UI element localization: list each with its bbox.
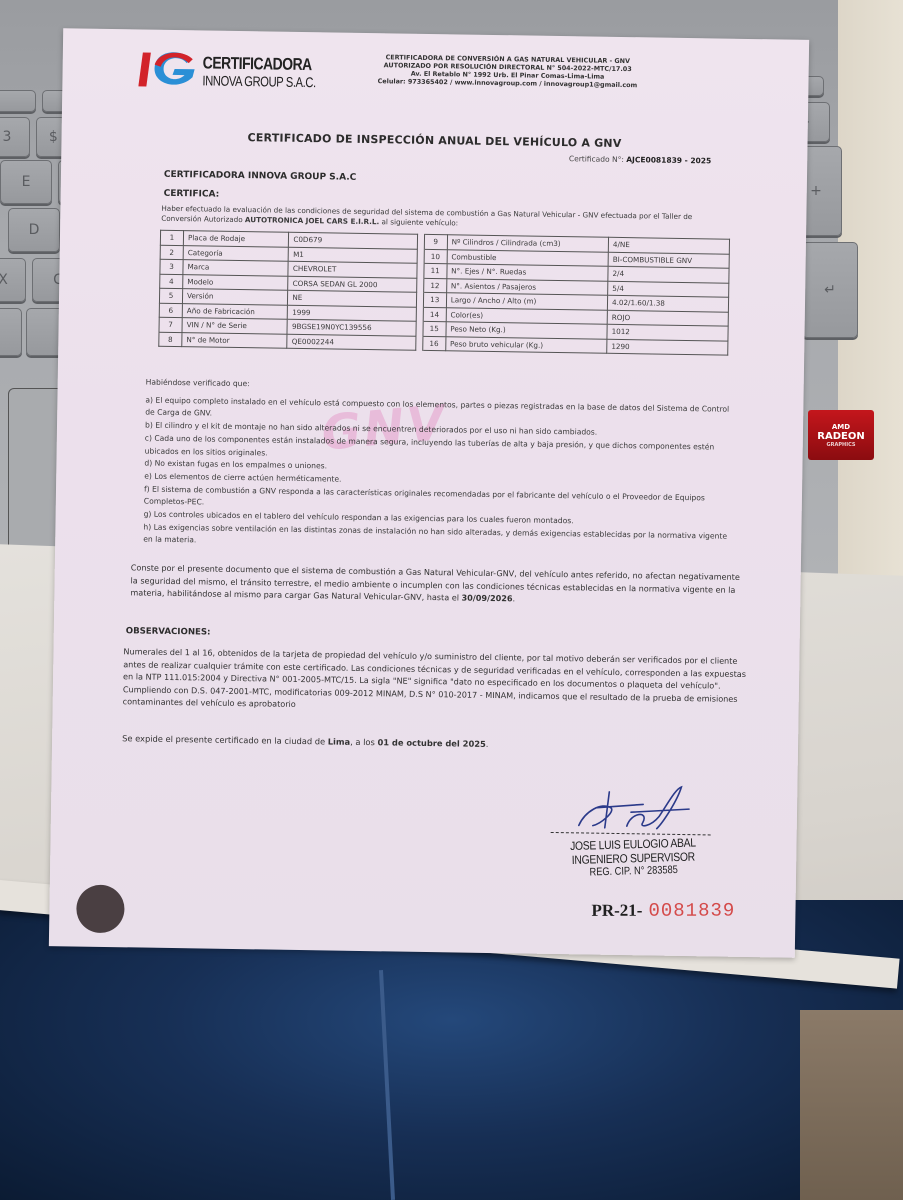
keyboard-key	[0, 90, 36, 112]
field-label: Versión	[182, 289, 288, 305]
serial-number: PR-21-0081839	[591, 900, 735, 922]
document-title: CERTIFICADO DE INSPECCIÓN ANUAL DEL VEHÍ…	[61, 128, 807, 153]
keyboard-key-x: X	[0, 258, 26, 302]
keyboard-key	[0, 308, 22, 356]
signer-block: JOSE LUIS EULOGIO ABAL INGENIERO SUPERVI…	[548, 835, 719, 880]
signature-icon	[571, 781, 692, 833]
verification-list: Habiéndose verificado que: a) El equipo …	[143, 377, 736, 556]
conste-paragraph: Conste por el presente documento que el …	[130, 561, 741, 608]
field-label: N° de Motor	[182, 332, 288, 348]
row-number: 9	[424, 234, 447, 249]
field-label: Peso bruto vehicular (Kg.)	[445, 336, 607, 353]
certifica-heading: CERTIFICA:	[164, 189, 220, 200]
row-number: 7	[159, 317, 182, 332]
keyboard-key-e: E	[0, 160, 52, 204]
field-label: Placa de Rodaje	[183, 231, 289, 247]
keyboard-key-enter: ↵	[802, 242, 858, 338]
field-label: Año de Fabricación	[182, 303, 288, 319]
logo-line-2: INNOVA GROUP S.A.C.	[202, 72, 316, 90]
floor-corner	[800, 1010, 903, 1200]
field-label: Categoría	[183, 245, 289, 261]
issue-date: 01 de octubre del 2025	[377, 737, 485, 749]
row-number: 8	[159, 332, 182, 347]
keyboard-key-d: D	[8, 208, 60, 252]
field-label: Modelo	[183, 274, 289, 290]
row-number: 14	[423, 307, 446, 322]
ig-logo-icon	[138, 46, 197, 91]
row-number: 2	[160, 245, 183, 260]
row-number: 6	[159, 303, 182, 318]
certificate-document: CERTIFICADORA INNOVA GROUP S.A.C. CERTIF…	[49, 28, 809, 958]
company-logo: CERTIFICADORA INNOVA GROUP S.A.C.	[138, 46, 309, 93]
row-number: 5	[159, 288, 182, 303]
row-number: 3	[160, 259, 183, 274]
certificate-number: Certificado N°: AJCE0081839 - 2025	[569, 154, 712, 165]
field-label: VIN / N° de Serie	[182, 318, 288, 334]
keyboard-key-3: 3	[0, 117, 30, 157]
row-number: 13	[423, 292, 446, 307]
signer-registration: REG. CIP. N° 283585	[562, 863, 705, 879]
valid-until-date: 30/09/2026	[462, 593, 513, 604]
company-name: CERTIFICADORA INNOVA GROUP S.A.C	[164, 170, 356, 183]
field-label: Marca	[183, 260, 289, 276]
field-value: 1290	[607, 339, 728, 355]
field-value: QE0002244	[287, 334, 416, 351]
serial-number-value: 0081839	[648, 900, 735, 922]
row-number: 12	[423, 278, 446, 293]
intro-paragraph: Haber efectuado la evaluación de las con…	[161, 204, 721, 232]
header-info: CERTIFICADORA DE CONVERSIÓN A GAS NATURA…	[352, 53, 662, 90]
vehicle-data-table: 1Placa de RodajeC0D6799Nº Cilindros / Ci…	[158, 230, 730, 356]
observaciones-heading: OBSERVACIONES:	[126, 626, 211, 637]
row-number: 15	[423, 321, 446, 336]
observaciones-text: Numerales del 1 al 16, obtenidos de la t…	[123, 645, 754, 717]
row-number: 11	[424, 263, 447, 278]
row-number: 1	[160, 230, 183, 245]
row-number: 10	[424, 249, 447, 264]
row-number: 4	[160, 274, 183, 289]
row-number: 16	[422, 336, 445, 351]
radeon-sticker: AMD RADEON GRAPHICS	[808, 410, 874, 460]
punch-hole	[76, 885, 125, 934]
issue-statement: Se expide el presente certificado en la …	[122, 733, 489, 749]
